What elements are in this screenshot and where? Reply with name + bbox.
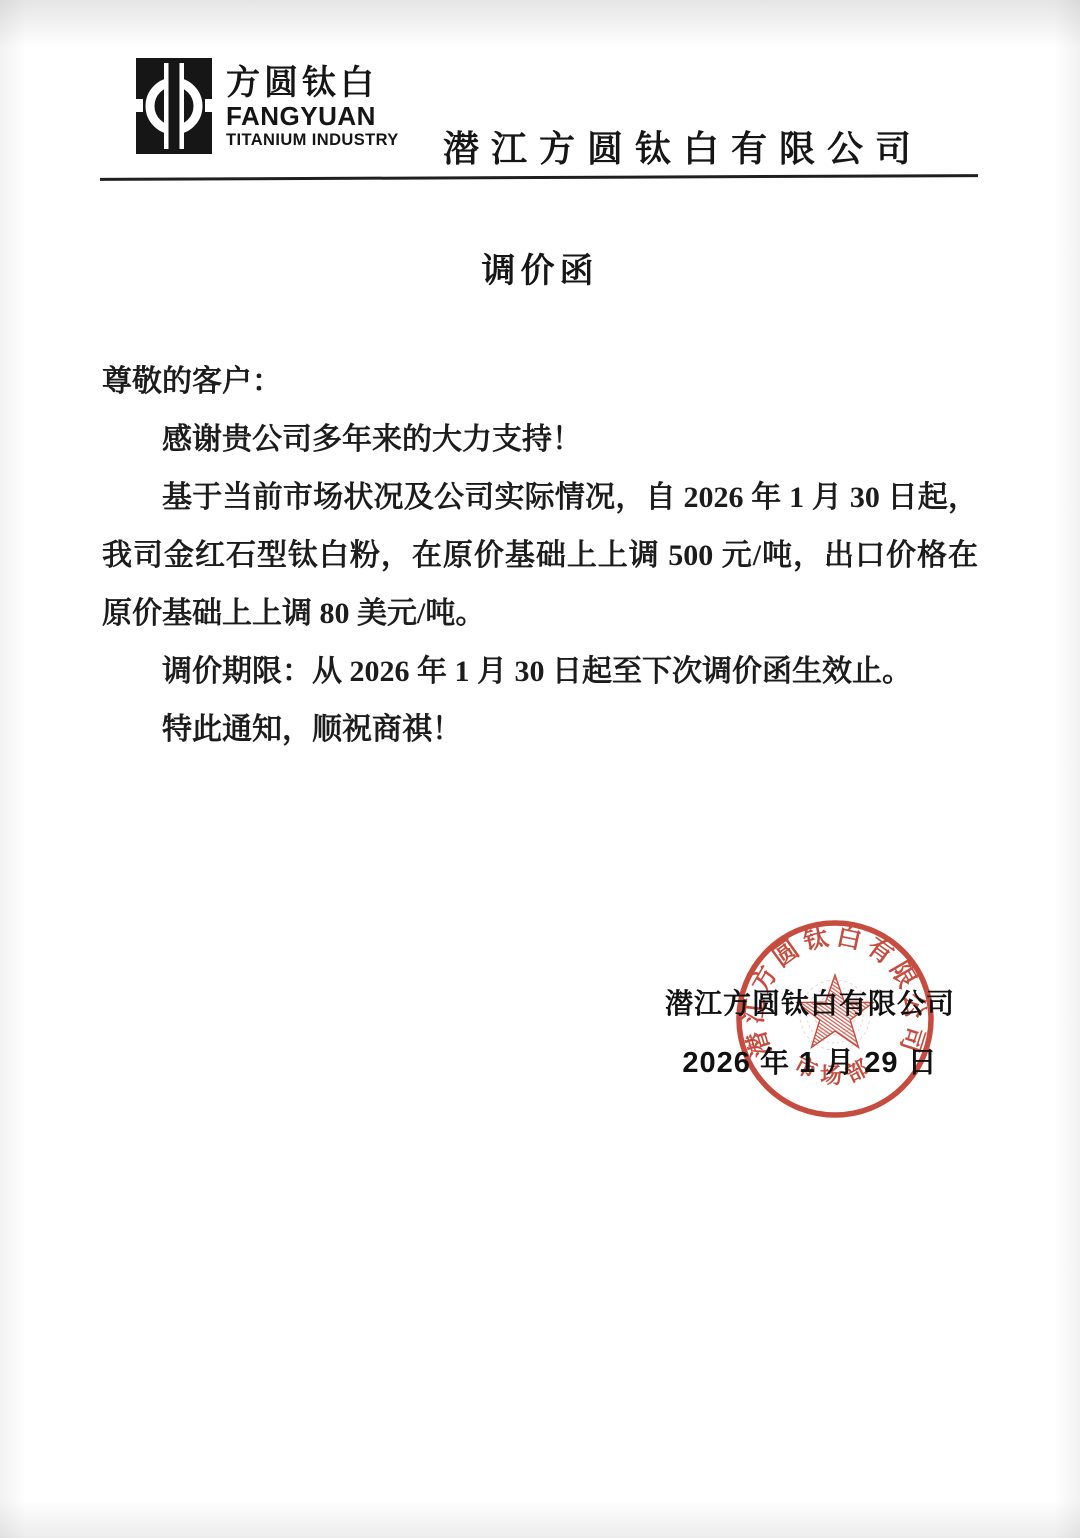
signature-date: 2026 年 1 月 29 日 [640, 1040, 980, 1081]
price-adjustment-letter: 方圆钛白 FANGYUAN TITANIUM INDUSTRY 潜江方圆钛白有限… [0, 0, 1080, 1538]
letterhead-divider [100, 174, 978, 181]
logo-name-english: FANGYUAN [226, 103, 396, 129]
fangyuan-logo-icon [136, 58, 212, 154]
company-name-heading: 潜江方圆钛白有限公司 [443, 121, 923, 172]
price-notice-paragraph: 基于当前市场状况及公司实际情况，自 2026 年 1 月 30 日起，我司金红石… [102, 469, 978, 643]
photo-edge-shading [0, 0, 1080, 1538]
closing-line: 特此通知，顺祝商祺！ [102, 701, 978, 759]
logo-wordmark: 方圆钛白 FANGYUAN TITANIUM INDUSTRY [226, 66, 396, 148]
signature-company: 潜江方圆钛白有限公司 [640, 982, 980, 1022]
letter-title: 调价函 [0, 243, 1080, 292]
period-line: 调价期限：从 2026 年 1 月 30 日起至下次调价函生效止。 [102, 643, 978, 701]
logo-industry-line: TITANIUM INDUSTRY [226, 132, 396, 148]
letter-body: 尊敬的客户： 感谢贵公司多年来的大力支持！ 基于当前市场状况及公司实际情况，自 … [102, 353, 978, 759]
salutation-line: 尊敬的客户： [102, 353, 978, 411]
thanks-line: 感谢贵公司多年来的大力支持！ [102, 411, 978, 469]
logo-name-chinese: 方圆钛白 [226, 66, 396, 100]
